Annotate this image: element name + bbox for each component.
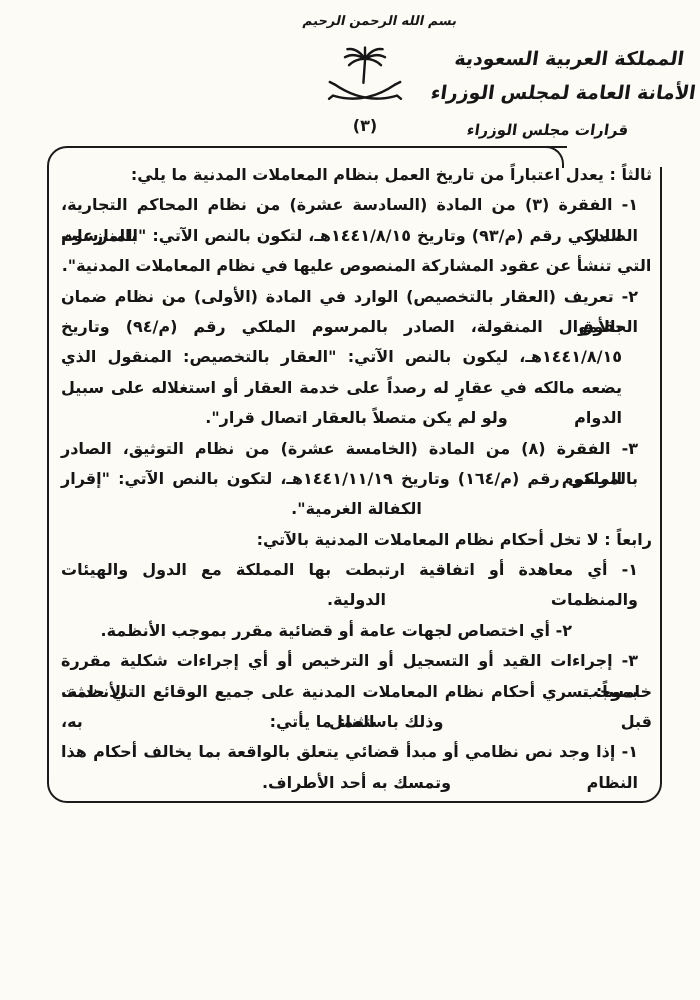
- saudi-palm-and-crossed-swords-icon: [321, 46, 409, 118]
- decree-line: ٣- الفقرة (٨) من المادة (الخامسة عشرة) م…: [61, 434, 652, 464]
- decree-line: بالأموال المنقولة، الصادر بالمرسوم الملك…: [61, 312, 652, 342]
- decree-body: ثالثاً : يعدل اعتباراً من تاريخ العمل بن…: [61, 160, 652, 798]
- decree-line: التي تنشأ عن عقود المشاركة المنصوص عليها…: [61, 251, 652, 281]
- decisions-title: قرارات مجلس الوزراء: [459, 121, 635, 139]
- letterhead-secretariat: الأمانة العامة لمجلس الوزراء: [431, 76, 698, 110]
- section-thirdly-heading: ثالثاً : يعدل اعتباراً من تاريخ العمل بن…: [61, 160, 652, 190]
- decree-line: وتمسك به أحد الأطراف.: [61, 768, 652, 798]
- scanned-decree-page: بسم الله الرحمن الرحيم (٣): [0, 0, 700, 1000]
- decree-line: ٢- أي اختصاص لجهات عامة أو قضائية مقرر ب…: [61, 616, 652, 646]
- decree-line: يضعه مالكه في عقارٍ له رصداً على خدمة ال…: [61, 373, 652, 403]
- letterhead: المملكة العربية السعودية الأمانة العامة …: [431, 42, 700, 110]
- section-fourthly-heading: رابعاً : لا تخل أحكام نظام المعاملات الم…: [61, 525, 652, 555]
- bismillah-calligraphy: بسم الله الرحمن الرحيم: [293, 14, 466, 29]
- page-number: (٣): [321, 116, 409, 135]
- letterhead-kingdom: المملكة العربية السعودية: [436, 42, 700, 76]
- decree-line: ولو لم يكن متصلاً بالعقار اتصال قرار".: [61, 403, 652, 433]
- decree-line: ١٤٤١/٨/١٥هـ، ليكون بالنص الآتي: "العقار …: [61, 342, 652, 372]
- decree-line: ١- إذا وجد نص نظامي أو مبدأ قضائي يتعلق …: [61, 737, 652, 767]
- decree-line: ٢- تعريف (العقار بالتخصيص) الوارد في الم…: [61, 282, 652, 312]
- decree-line: ١- الفقرة (٣) من المادة (السادسة عشرة) م…: [61, 190, 652, 220]
- decree-line: الملكي رقم (م/١٦٤) وتاريخ ١٤٤١/١١/١٩هـ، …: [61, 464, 652, 494]
- decree-line: الملكي رقم (م/٩٣) وتاريخ ١٤٤١/٨/١٥هـ، لت…: [61, 221, 652, 251]
- decree-line: ٣- إجراءات القيد أو التسجيل أو الترخيص أ…: [61, 646, 652, 676]
- section-fifthly-heading: خامساً: تسري أحكام نظام المعاملات المدني…: [61, 677, 652, 707]
- decree-line: ١- أي معاهدة أو اتفاقية ارتبطت بها الممل…: [61, 555, 652, 585]
- decree-line: الكفالة الغرمية".: [61, 494, 652, 524]
- decree-frame: قرارات مجلس الوزراء ثالثاً : يعدل اعتبار…: [47, 146, 662, 803]
